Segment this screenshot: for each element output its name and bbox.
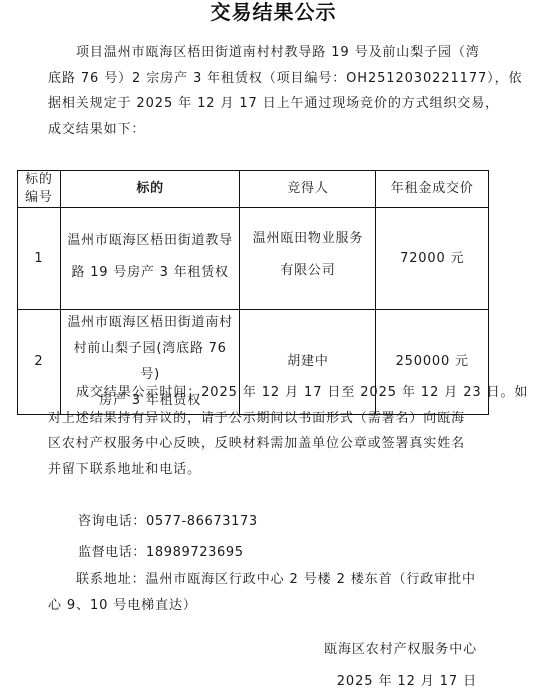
cell-id: 1: [18, 208, 61, 310]
table-row: 1 温州市瓯海区梧田街道教导 路 19 号房产 3 年租赁权 温州瓯田物业服务 …: [18, 208, 489, 310]
header-winner: 竞得人: [240, 171, 376, 208]
supervise-phone-line: 监督电话：18989723695: [78, 541, 244, 560]
consult-phone: 0577-86673173: [146, 514, 258, 529]
header-price: 年租金成交价: [376, 171, 489, 208]
cell-subject: 温州市瓯海区梧田街道教导 路 19 号房产 3 年租赁权: [60, 208, 240, 310]
intro-line-3: 据相关规定于 2025 年 12 月 17 日上午通过现场竞价的方式组织交易，: [48, 91, 458, 117]
header-subject: 标的: [60, 171, 240, 208]
address-line-1: 联系地址：温州市瓯海区行政中心 2 号楼 2 楼东首（行政审批中: [48, 567, 458, 593]
result-table: 标的 编号 标的 竞得人 年租金成交价 1 温州市瓯海区梧田街道教导 路 19 …: [17, 170, 489, 415]
signature-org: 瓯海区农村产权服务中心: [324, 638, 477, 657]
header-id: 标的 编号: [18, 171, 61, 208]
consult-phone-line: 咨询电话：0577-86673173: [78, 510, 258, 529]
cell-winner: 温州瓯田物业服务 有限公司: [240, 208, 376, 310]
intro-line-2: 底路 76 号）2 宗房产 3 年租赁权（项目编号：OH251203022117…: [48, 66, 458, 92]
table-header-row: 标的 编号 标的 竞得人 年租金成交价: [18, 171, 489, 208]
notice-line-3: 区农村产权服务中心反映，反映材料需加盖单位公章或签署真实姓名: [48, 431, 458, 457]
address-line-2: 心 9、10 号电梯直达）: [48, 593, 458, 619]
intro-line-4: 成交结果如下：: [48, 117, 458, 143]
notice-line-2: 对上述结果持有异议的，请于公示期间以书面形式（需署名）向瓯海: [48, 406, 458, 432]
intro-line-1: 项目温州市瓯海区梧田街道南村村教导路 19 号及前山梨子园（湾: [48, 40, 458, 66]
intro-paragraph: 项目温州市瓯海区梧田街道南村村教导路 19 号及前山梨子园（湾 底路 76 号）…: [48, 40, 458, 142]
signature-date: 2025 年 12 月 17 日: [337, 670, 477, 689]
supervise-phone: 18989723695: [146, 545, 244, 560]
consult-label: 咨询电话：: [78, 514, 146, 529]
address-paragraph: 联系地址：温州市瓯海区行政中心 2 号楼 2 楼东首（行政审批中 心 9、10 …: [48, 567, 458, 618]
supervise-label: 监督电话：: [78, 545, 146, 560]
cell-price: 72000 元: [376, 208, 489, 310]
notice-paragraph: 成交结果公示时间：2025 年 12 月 17 日至 2025 年 12 月 2…: [48, 380, 458, 482]
notice-line-1: 成交结果公示时间：2025 年 12 月 17 日至 2025 年 12 月 2…: [48, 380, 458, 406]
page-title: 交易结果公示: [0, 1, 547, 23]
notice-line-4: 并留下联系地址和电话。: [48, 457, 458, 483]
